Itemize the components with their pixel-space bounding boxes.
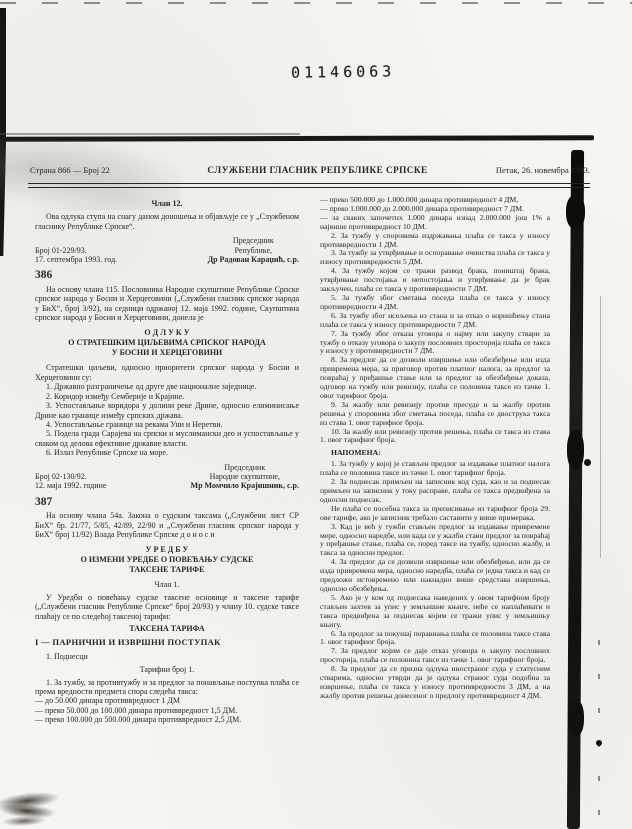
scan-ink-blob [566, 195, 585, 229]
act-title: О Д Л У К УО СТРАТЕШКИМ ЦИЉЕВИМА СРПСКОГ… [35, 328, 299, 358]
subheading: Члан 1. [35, 580, 299, 589]
part-heading: I — ПАРНИЧНИ И ИЗВРШНИ ПОСТУПАК [35, 638, 299, 647]
paragraph: На основу члана 54а. Закона о судским та… [35, 511, 299, 539]
paragraph: 6. За тужбу због исељења из стана и за о… [320, 312, 550, 330]
page-header: Страна 866 — Број 22 СЛУЖБЕНИ ГЛАСНИК РЕ… [30, 165, 590, 176]
signer-name: Др Радован Караџић, с.р. [208, 255, 299, 264]
title-line: ТАКСЕНЕ ТАРИФЕ [35, 565, 299, 575]
title-line: О ИЗМЕНИ УРЕДБЕ О ПОВЕЋАЊУ СУДСКЕ [35, 555, 299, 565]
header-double-rule [28, 183, 590, 188]
paragraph: 6. За предлог за покушај поравнања плаћа… [320, 630, 550, 648]
scan-fold-line [600, 296, 601, 558]
handwriting-smudge [0, 801, 56, 820]
heading: Члан 12. [35, 199, 299, 208]
right-column: — преко 500.000 до 1.000.000 динара прот… [320, 196, 550, 701]
title-line: У БОСНИ И ХЕРЦЕГОВИНИ [35, 348, 299, 358]
paragraph: Стратешки циљеви, односно приоритети срп… [35, 363, 299, 382]
signature-block: Број 01-229/93.17. септембра 1993. год.П… [35, 236, 299, 264]
page-top-border [0, 135, 594, 142]
paragraph: На основу члана 115. Пословника Народне … [35, 285, 299, 323]
title-line: У Р Е Д Б У [35, 545, 299, 555]
signature-role-line: Председник [208, 236, 299, 245]
subheading: Тарифни број 1. [35, 665, 299, 674]
paragraph: 1. Поднесци [35, 652, 299, 661]
paragraph: 1. Државно разграничење од друге две нац… [35, 382, 299, 391]
scan-edge-dashes [0, 2, 632, 4]
paragraph: 7. За тужбу због отказа уговора о најму … [320, 330, 550, 357]
scan-ink-blob [568, 700, 584, 736]
paragraph: 5. Подела града Сарајева на српски и мус… [35, 429, 299, 448]
ink-speck [584, 459, 591, 466]
signature-role: ПредседникНародне скупштине,Мр Момчило К… [191, 463, 299, 491]
title-line: О Д Л У К У [35, 328, 299, 338]
paragraph: 1. За тужбу у којој је стављен предлог з… [320, 460, 550, 478]
paragraph: 8. За предлог да се призна одлука иностр… [320, 665, 550, 701]
paragraph: 4. За тужбу којом се тражи развод брака,… [320, 267, 550, 294]
paragraph: 5. Ако је у ком од поднесака наведених у… [320, 594, 550, 630]
paragraph: 3. Кад је већ у тужби стављен предлог за… [320, 523, 550, 559]
page-number-label: Страна 866 — Број 22 [30, 165, 180, 175]
paragraph: 5. За тужбу због сметања поседа плаћа се… [320, 294, 550, 312]
signature-reference: Број 01-229/93.17. септембра 1993. год. [35, 246, 117, 265]
ink-speck [596, 740, 602, 746]
act-number: 387 [35, 498, 299, 507]
paragraph: 10. За жалбу или ревизију против решења,… [320, 428, 550, 446]
signature-block: Број 02-130/92.12. маја 1992. годинеПред… [35, 463, 299, 491]
scanned-gazette-page: 01146063 Страна 866 — Број 22 СЛУЖБЕНИ Г… [0, 0, 632, 829]
paragraph: 9. За жалбу или ревизију против пресуде … [320, 401, 550, 428]
paragraph: 2. Коридор између Семберије и Крајине. [35, 392, 299, 401]
scan-left-edge-bar [0, 8, 6, 256]
issue-date: Петак, 26. новембра 1993. [455, 165, 590, 175]
paragraph: Не плаћа се посебна такса за преписивање… [320, 505, 550, 523]
scan-ink-blob [567, 430, 584, 470]
signer-name: Мр Момчило Крајишник, с.р. [191, 481, 299, 490]
paragraph: 4. Успостављање границе на рекама Уни и … [35, 420, 299, 429]
signature-ref-line: 17. септембра 1993. год. [35, 255, 117, 264]
left-column: Члан 12.Ова одлука ступа на снагу даном … [35, 196, 299, 725]
signature-role-line: Народне скупштине, [191, 472, 299, 481]
signature-reference: Број 02-130/92.12. маја 1992. године [35, 472, 106, 491]
paragraph: 3. Успостављање коридора у долини реке Д… [35, 401, 299, 420]
act-number: 386 [35, 271, 299, 280]
paragraph: 1. За тужбу, за противтужбу и за предлог… [35, 678, 299, 697]
paragraph: У Уредби о повећању судске таксене основ… [35, 593, 299, 621]
tariff-line: — преко 50.000 до 100.000 динара противв… [35, 706, 299, 715]
tariff-line: — до 50.000 динара противвредност 1 ДМ [35, 696, 299, 705]
stamp-serial-number: 01146063 [291, 62, 395, 81]
scan-top-border-shadow [0, 133, 300, 135]
gazette-title: СЛУЖБЕНИ ГЛАСНИК РЕПУБЛИКЕ СРПСКЕ [180, 166, 455, 176]
act-title: У Р Е Д Б УО ИЗМЕНИ УРЕДБЕ О ПОВЕЋАЊУ СУ… [35, 545, 299, 575]
title-line: О СТРАТЕШКИМ ЦИЉЕВИМА СРПСКОГ НАРОДА [35, 338, 299, 348]
paragraph: 6. Излаз Републике Српске на море. [35, 448, 299, 457]
tariff-line: — за сваких започетих 1.000 динара изнад… [320, 214, 550, 232]
signature-role-line: Председник [191, 463, 299, 472]
paragraph: 7. За предлог којим се даје отказ уговор… [320, 647, 550, 665]
paragraph: 8. За предлог да се дозволи извршење или… [320, 356, 550, 401]
heading: ТАКСЕНА ТАРИФА [35, 624, 299, 633]
scan-margin-ticks [598, 640, 600, 826]
signature-ref-line: Број 01-229/93. [35, 246, 117, 255]
tariff-line: — преко 100.000 до 500.000 динара против… [35, 715, 299, 724]
signature-role: ПредседникРепублике,Др Радован Караџић, … [208, 236, 299, 264]
note-heading: НАПОМЕНА: [320, 449, 550, 458]
paragraph: 4. За предлог да се дозволи извршење или… [320, 558, 550, 594]
paragraph: 3. За тужбу за утврђивање и оспоравање о… [320, 249, 550, 267]
signature-role-line: Републике, [208, 246, 299, 255]
handwriting-smudge [2, 815, 46, 827]
signature-ref-line: Број 02-130/92. [35, 472, 106, 481]
paragraph: Ова одлука ступа на снагу даном доношења… [35, 212, 299, 231]
paragraph: 2. За тужбу у споровима издржавања плаћа… [320, 232, 550, 250]
signature-ref-line: 12. маја 1992. године [35, 481, 106, 490]
paragraph: 2. За поднесак примљен на записник код с… [320, 478, 550, 505]
handwriting-smudge [0, 789, 61, 813]
